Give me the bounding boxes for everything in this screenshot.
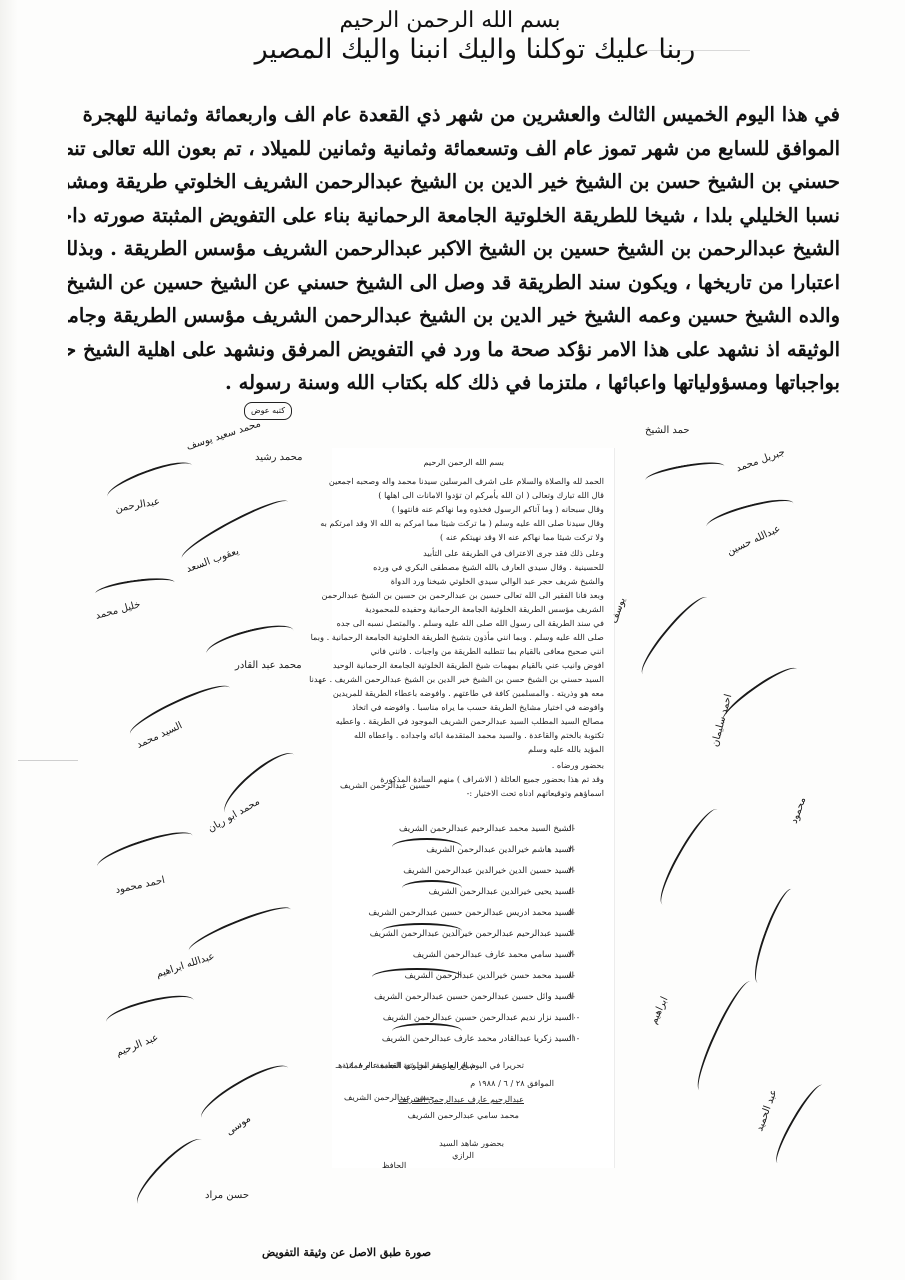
member-signature-stroke	[372, 968, 462, 986]
signature-stroke	[203, 619, 296, 665]
closing-title: شيخ الطريقة الخلوتية الجامعة الرحمانية	[342, 1060, 476, 1070]
signature: جبريل محمد	[735, 447, 787, 475]
signature: احمد محمود	[114, 875, 166, 896]
inset-line: للحسينية . وقال سيدي العارف بالله الشيخ …	[373, 562, 604, 572]
member-signature-stroke	[392, 838, 462, 856]
inset-line: تكتوبة بالختم والقاعدة . والسيد محمد الم…	[354, 730, 604, 740]
body-line: نسبا الخليلي بلدا ، شيخا للطريقة الخلوتي…	[68, 199, 840, 233]
signature-stroke	[94, 825, 196, 877]
signature-stroke	[94, 575, 175, 602]
opening-verse: ربنا عليك توكلنا واليك انبنا واليك المصي…	[175, 34, 775, 65]
signature-stroke	[704, 494, 796, 537]
signature-stroke	[185, 900, 294, 960]
member-name: الشيخ السيد محمد عبدالرحيم عبدالرحمن الش…	[399, 824, 574, 834]
inset-line: اسماؤهم وتوقيعاتهم ادناه تحت الاختيار :-	[467, 788, 604, 798]
signer-sub: محمد سامي عبدالرحمن الشريف	[408, 1110, 519, 1120]
member-name: السيد سامي محمد عارف عبدالرحمن الشريف	[413, 950, 574, 960]
signature: محمد عبد القادر	[235, 660, 302, 671]
inset-line: في سند الطريقة الى رسول الله صلى الله عل…	[337, 618, 604, 628]
scan-artifact	[18, 760, 78, 761]
signature-stroke	[104, 989, 197, 1032]
signature: عبد الحميد	[754, 1088, 779, 1133]
body-line: حسني بن الشيخ حسن بن الشيخ خير الدين بن …	[68, 165, 840, 199]
inset-line: السيد حسني بن الشيخ حسن بن الشيخ خير الد…	[309, 674, 604, 684]
basmala-heading: بسم الله الرحمن الرحيم	[300, 8, 600, 33]
signature: يوسف	[609, 596, 628, 625]
signer-name: عبدالرحيم عارف عبدالرحمن الشريف	[398, 1094, 524, 1104]
body-line: في هذا اليوم الخميس الثالث والعشرين من ش…	[68, 98, 840, 132]
member-name: السيد حسين الدين خيرالدين عبدالرحمن الشر…	[403, 866, 574, 876]
inset-line: معه هو وذريته . والمسلمين كافة في طاعتهم…	[333, 688, 604, 698]
inset-line: افوض وانيب عني بالقيام بمهمات شيخ الطريق…	[333, 660, 604, 670]
member-signature-stroke	[382, 923, 462, 939]
signature: عبدالله ابراهيم	[155, 951, 216, 980]
signature: حسن مراد	[205, 1190, 249, 1201]
signature-stroke	[644, 458, 726, 488]
signature: محمود	[789, 796, 809, 825]
witness-signature: حسين عبدالرحمن الشريف	[340, 780, 431, 790]
document-page: بسم الله الرحمن الرحيم ربنا عليك توكلنا …	[0, 0, 905, 1280]
signature: محمد رشيد	[255, 452, 303, 463]
inset-line: قال الله تبارك وتعالى ( ان الله يأمركم ا…	[378, 490, 604, 500]
body-line: الوثيقه اذ نشهد على هذا الامر نؤكد صحة م…	[68, 333, 840, 367]
inset-line: الحمد لله والصلاة والسلام على اشرف المرس…	[329, 476, 604, 486]
inset-note: بحضور شاهد السيد	[439, 1138, 504, 1148]
signature-stroke	[690, 977, 761, 1095]
body-line: بواجباتها ومسؤولياتها واعبائها ، ملتزما …	[68, 366, 840, 400]
inset-line: مصالح السيد المطلب السيد عبدالرحمن الشري…	[336, 716, 604, 726]
inset-line: صلى الله عليه وسلم . وبما انني مأذون بتش…	[311, 632, 604, 642]
inset-line: والشيخ شريف حجر عبد الوالي سيدي الخلوتي …	[391, 576, 604, 586]
member-name: السيد وائل حسين عبدالرحمن حسين عبدالرحمن…	[374, 992, 574, 1002]
true-copy-caption: صورة طبق الاصل عن وثيقة التفويض	[262, 1246, 431, 1259]
body-line: الموافق للسابع من شهر تموز عام الف وتسعم…	[68, 132, 840, 166]
member-signature-stroke	[392, 1023, 462, 1039]
body-line: اعتبارا من تاريخها ، ويكون سند الطريقة ق…	[68, 266, 840, 300]
signatures-left: محمد سعيد يوسف محمد رشيد عبدالرحمن يعقوب…	[75, 400, 325, 1240]
inset-line: بحضور ورضاه .	[552, 760, 604, 770]
signature-stroke	[130, 1132, 211, 1213]
signature-stroke	[217, 744, 304, 823]
inset-line: وقال سيدنا صلى الله عليه وسلم ( ما تركت …	[320, 518, 604, 528]
body-line: والده الشيخ حسين وعمه الشيخ خير الدين بن…	[68, 299, 840, 333]
signature-stroke	[126, 678, 235, 744]
inset-line: وبعد فانا الفقير الى الله تعالى حسين بن …	[322, 590, 604, 600]
inset-line: وافوضه في اختيار مشايخ الطريقة حسب ما ير…	[352, 702, 604, 712]
signature: موسى	[224, 1113, 253, 1138]
delegation-document-copy: بسم الله الرحمن الرحيم الحمد لله والصلاة…	[332, 448, 615, 1168]
inset-line: وعلى ذلك فقد جرى الاعتراف في الطريقة على…	[423, 548, 604, 558]
signature: عبد الرحيم	[115, 1032, 160, 1059]
inset-line: ولا تركت شيئا مما نهاكم عنه الا وقد نهيت…	[440, 532, 604, 542]
inset-line: المؤيد بالله عليه وسلم	[528, 744, 604, 754]
member-name: السيد محمد ادريس عبدالرحمن حسين عبدالرحم…	[368, 908, 574, 918]
member-name: السيد نزار نديم عبدالرحمن حسين عبدالرحمن…	[383, 1013, 574, 1023]
date-line: الموافق ٢٨ / ٦ / ١٩٨٨ م	[470, 1078, 554, 1088]
member-signature-stroke	[402, 880, 462, 896]
signature: خليل محمد	[94, 599, 141, 622]
inset-line: الشريف مؤسس الطريقة الخلوتية الجامعة الر…	[365, 604, 604, 614]
inset-note: الحافظ	[382, 1160, 406, 1170]
inset-line: وقال سبحانه ( وما آتاكم الرسول فخذوه وما…	[392, 504, 604, 514]
signature: حمد الشيخ	[645, 425, 690, 436]
inset-title: بسم الله الرحمن الرحيم	[424, 458, 504, 467]
signature-stroke	[748, 885, 803, 986]
inset-note: الرازي	[452, 1150, 474, 1160]
signature-stroke	[652, 803, 728, 910]
signature-stroke	[634, 591, 715, 682]
body-line: الشيخ عبدالرحمن بن الشيخ حسين بن الشيخ ا…	[68, 232, 840, 266]
inset-line: انني صحيح معافى بالقيام بما تتطلبه الطري…	[370, 646, 604, 656]
signatures-right: حمد الشيخ جبريل محمد عبدالله حسين يوسف ا…	[605, 405, 840, 1195]
signature: محمد سعيد يوسف	[185, 418, 262, 452]
signature: ابراهيم	[648, 995, 670, 1026]
scan-edge	[0, 0, 18, 1280]
appointment-text: في هذا اليوم الخميس الثالث والعشرين من ش…	[68, 98, 840, 400]
